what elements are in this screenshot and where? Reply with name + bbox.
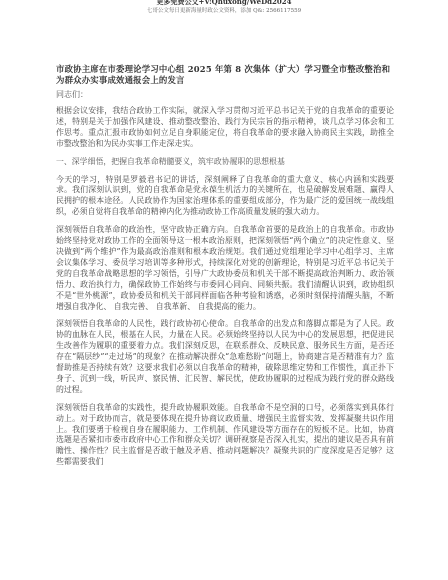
document-title: 市政协主席在市委理论学习中心组 2025 年第 8 次集体（扩大）学习暨全市整改… xyxy=(56,64,396,86)
paragraph: 深刻领悟自我革命的实践性，提升政协履职效能。自我革命不是空洞的口号，必须落实到具… xyxy=(56,403,394,468)
section-heading-1: 一、深学细悟，把握自我革命精髓要义，筑牢政协履职的思想根基 xyxy=(56,157,394,168)
paragraph: 深刻领悟自我革命的政治性，坚守政协正确方向。自我革命首要的是政治上的自我革命。市… xyxy=(56,225,394,312)
paragraph: 今天的学习，特别是罗毅君书记的讲话，深刻阐释了自我革命的重大意义、核心内涵和实践… xyxy=(56,175,394,219)
paragraph: 深刻领悟自我革命的人民性，践行政协初心使命。自我革命的出发点和落脚点都是为了人民… xyxy=(56,319,394,395)
paragraph-intro: 根据会议安排，我结合政协工作实际，就深入学习贯彻习近平总书记关于党的自我革命的重… xyxy=(56,106,394,150)
salutation: 同志们： xyxy=(56,89,88,100)
document-body: 根据会议安排，我结合政协工作实际，就深入学习贯彻习近平总书记关于党的自我革命的重… xyxy=(56,106,394,475)
watermark-header-line2: 七哥公文每日更新海量时政公文资料，添加 Q&: 2566117559 xyxy=(0,7,448,15)
watermark-header-line1: 更多免费公文+V:Qhuxong/WeDd2024 xyxy=(0,0,448,6)
